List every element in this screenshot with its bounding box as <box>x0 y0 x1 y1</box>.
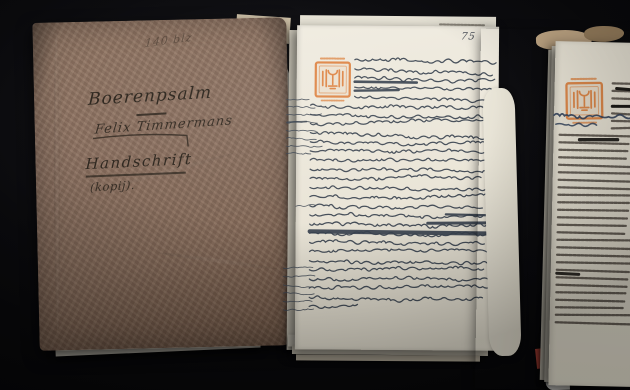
manuscript-folder-cover: 140 blz Boerenpsalm Felix Timmermans Han… <box>32 17 293 351</box>
crease-line <box>158 251 277 271</box>
photo-scene: 140 blz Boerenpsalm Felix Timmermans Han… <box>0 0 630 390</box>
signature-flourish <box>93 133 193 151</box>
crease-line <box>53 32 61 332</box>
title-underline-stroke <box>136 112 166 116</box>
folder-subtitle-kopij: (kopij). <box>90 178 136 195</box>
page-edge <box>296 354 480 361</box>
typescript-page <box>548 41 630 387</box>
handwriting-block <box>279 25 499 351</box>
folder-title: Boerenpsalm <box>88 83 213 110</box>
manuscript-page: 75 <box>295 25 499 350</box>
folder-pencil-note: 140 blz <box>144 31 193 50</box>
typed-text-block <box>548 41 630 387</box>
subtitle-underline-stroke <box>86 172 186 178</box>
